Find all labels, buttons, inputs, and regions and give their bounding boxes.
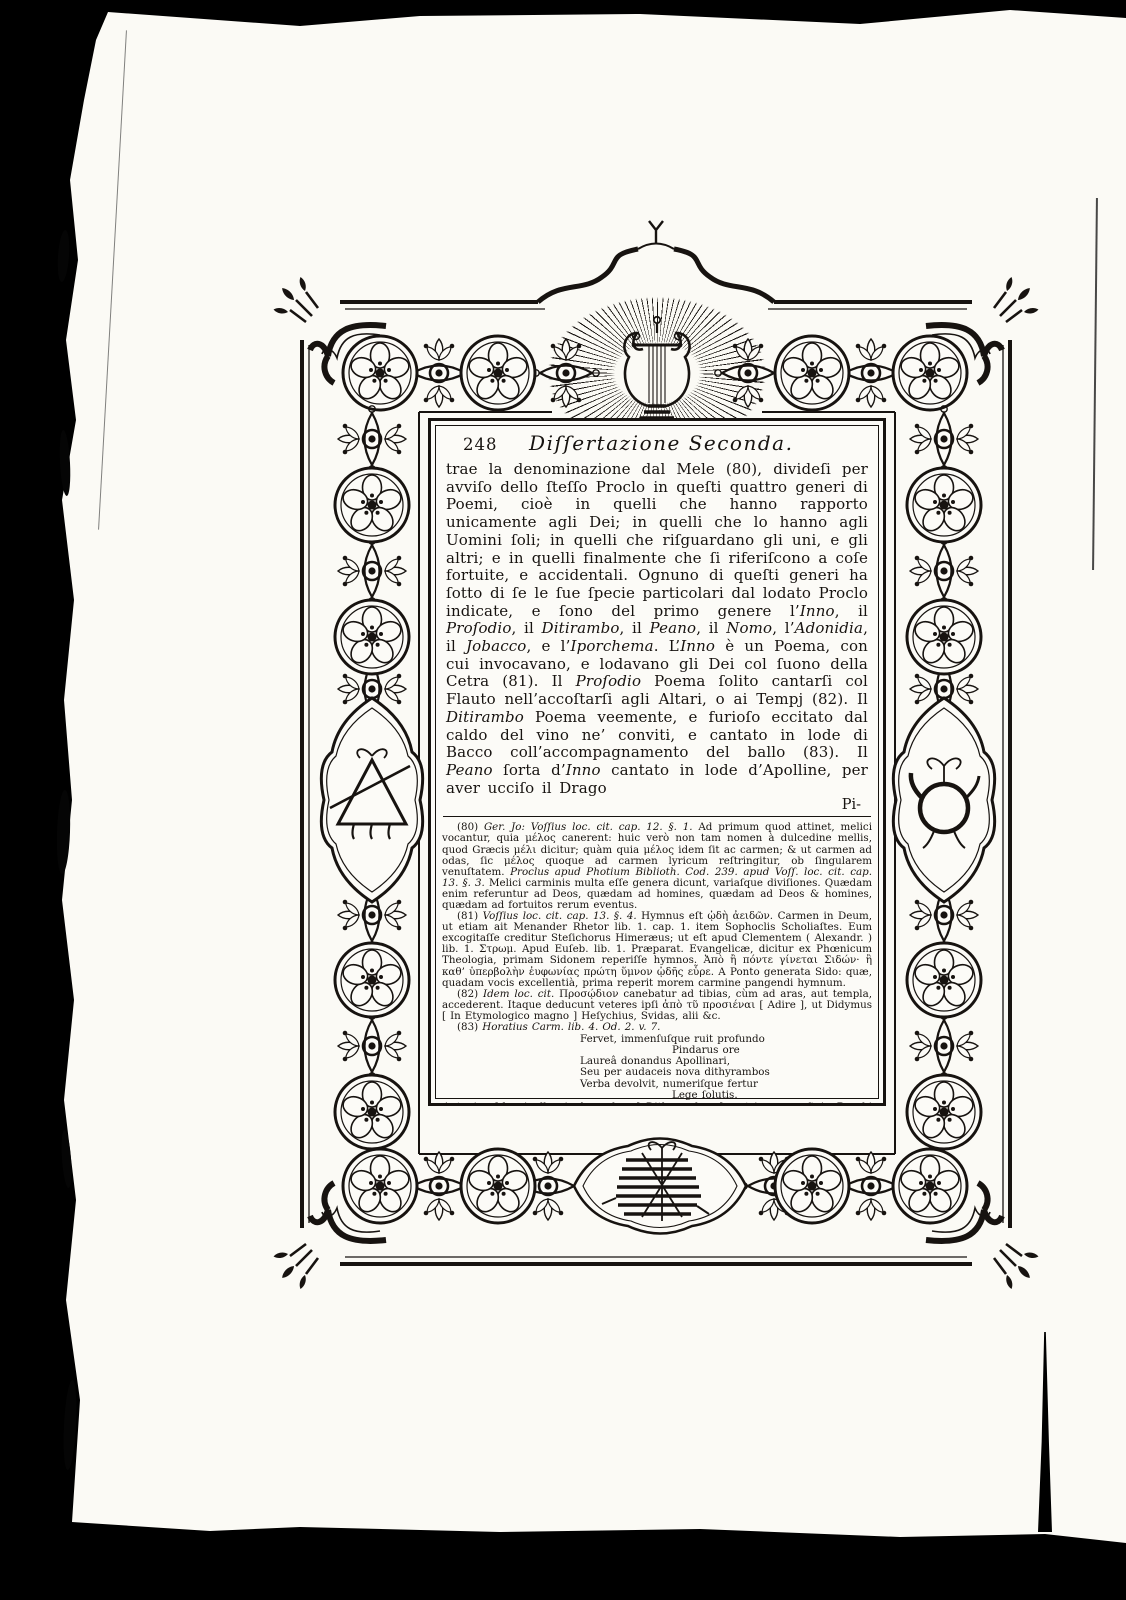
verse-line: Verba devolvit, numeriſque fertur xyxy=(580,1079,872,1090)
rosette-flower-ornament xyxy=(893,1149,967,1223)
rosette-flower-ornament xyxy=(775,1149,849,1223)
rosette-flower-ornament xyxy=(907,1075,981,1149)
lyre-icon xyxy=(624,317,689,418)
verse-line: Lege ſolutis. xyxy=(672,1090,872,1101)
top-ornament-band xyxy=(343,336,967,410)
rosette-flower-ornament xyxy=(335,1075,409,1149)
page-number: 248 xyxy=(463,435,498,454)
bottom-ornament-band xyxy=(343,1139,967,1234)
running-head: 248 Diſſertazione Seconda. xyxy=(449,431,865,455)
rosette-flower-ornament xyxy=(461,1149,535,1223)
rosette-flower-ornament xyxy=(343,1149,417,1223)
rosette-flower-ornament xyxy=(907,600,981,674)
text-block: 248 Diſſertazione Seconda. trae la denom… xyxy=(428,418,886,1106)
footnote: (80) Ger. Jo: Voſſius loc. cit. cap. 12.… xyxy=(442,822,872,911)
running-title: Diſſertazione Seconda. xyxy=(498,431,826,455)
body-text: trae la denominazione dal Mele (80), div… xyxy=(446,461,868,797)
left-ornament-band xyxy=(321,406,422,1149)
rosette-flower-ornament xyxy=(775,336,849,410)
rosette-flower-ornament xyxy=(893,336,967,410)
footnote-verse: Fervet, immenſuſque ruit profundoPindaru… xyxy=(580,1034,872,1101)
rosette-flower-ornament xyxy=(907,468,981,542)
footnote: (81) Voſſius loc. cit. cap. 13. §. 4. Hy… xyxy=(442,911,872,989)
rosette-flower-ornament xyxy=(335,468,409,542)
footnotes: (80) Ger. Jo: Voſſius loc. cit. cap. 12.… xyxy=(442,822,872,1106)
rosette-flower-ornament xyxy=(335,600,409,674)
verse-line: Seu per audaceis nova dithyrambos xyxy=(580,1067,872,1078)
right-ornament-band xyxy=(893,406,994,1149)
catchword: Pi- xyxy=(431,797,861,813)
rosette-flower-ornament xyxy=(335,943,409,1017)
pan-pipes-icon xyxy=(574,1139,746,1234)
pediment-scroll xyxy=(538,221,774,302)
footnote: (82) Idem loc. cit. Προσῴδιον canebatur … xyxy=(442,989,872,1022)
footnote: (83) Horatius Carm. lib. 4. Od. 2. v. 7. xyxy=(442,1022,872,1033)
rosette-flower-ornament xyxy=(907,943,981,1017)
footnote: Antonius Mancinellus in hunc loc. [ Dith… xyxy=(442,1102,872,1106)
rosette-flower-ornament xyxy=(343,336,417,410)
scanned-book-page: 248 Diſſertazione Seconda. trae la denom… xyxy=(0,0,1126,1600)
rosette-flower-ornament xyxy=(461,336,535,410)
footnote-rule xyxy=(443,816,871,817)
